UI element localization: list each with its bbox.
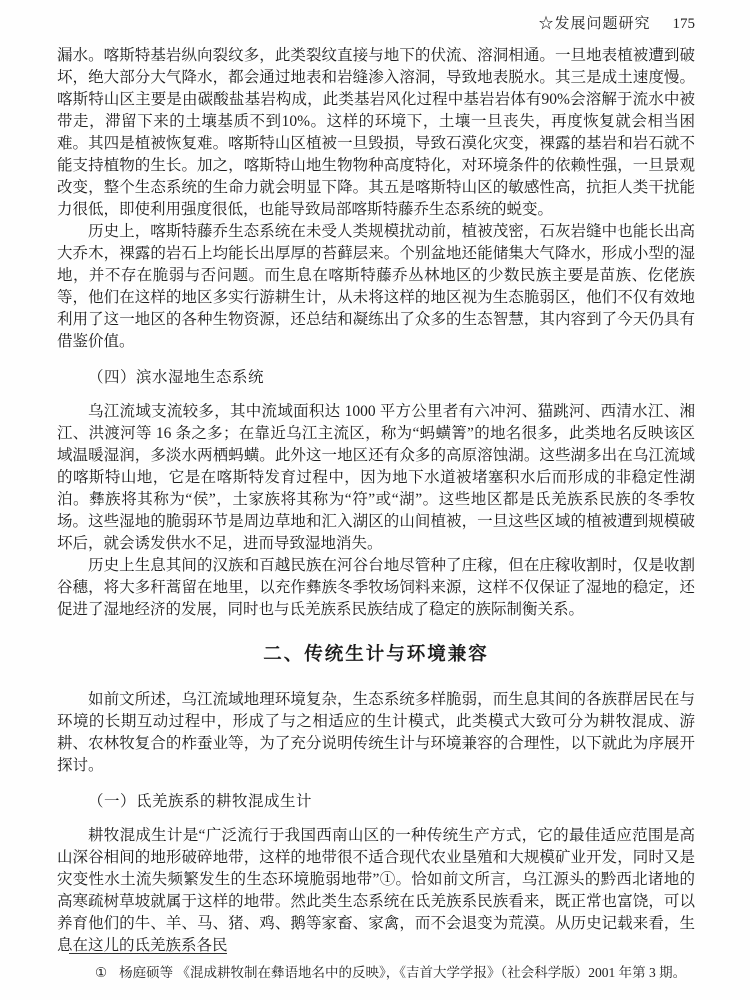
- paragraph-livelihood-intro: 如前文所述，乌江流域地理环境复杂，生态系统多样脆弱，而生息其间的各族群居民在与环…: [57, 689, 695, 777]
- paragraph-karst-fragility: 漏水。喀斯特基岩纵向裂纹多，此类裂纹直接与地下的伏流、溶洞相通。一旦地表植被遭到…: [57, 45, 695, 221]
- paragraph-history-tengqiao: 历史上，喀斯特藤乔生态系统在未受人类规模扰动前，植被茂密，石灰岩缝中也能长出高大…: [57, 221, 695, 353]
- footnote-text: 杨庭硕等 《混成耕牧制在彝语地名中的反映》，《吉首大学学报》（社会科学版）200…: [119, 965, 686, 980]
- page-body: 漏水。喀斯特基岩纵向裂纹多，此类裂纹直接与地下的伏流、溶洞相通。一旦地表植被遭到…: [57, 45, 695, 957]
- paragraph-gengmu-hunchen: 耕牧混成生计是“广泛流行于我国西南山区的一种传统生产方式，它的最佳适应范围是高山…: [57, 825, 695, 957]
- paragraph-wujiang-tributaries: 乌江流域支流较多，其中流域面积达 1000 平方公里者有六冲河、猫跳河、西清水江…: [57, 401, 695, 555]
- running-title: ☆发展问题研究: [538, 12, 650, 33]
- footnote: ①杨庭硕等 《混成耕牧制在彝语地名中的反映》，《吉首大学学报》（社会科学版）20…: [57, 963, 695, 982]
- paragraph-han-baiyue: 历史上生息其间的汉族和百越民族在河谷台地尽管种了庄稼，但在庄稼收割时，仅是收割谷…: [57, 555, 695, 621]
- footnote-divider: [69, 953, 227, 954]
- page-header: ☆发展问题研究 175: [57, 12, 695, 33]
- subheading-diqiang-livelihood: （一）氐羌族系的耕牧混成生计: [57, 791, 695, 813]
- footnote-area: ①杨庭硕等 《混成耕牧制在彝语地名中的反映》，《吉首大学学报》（社会科学版）20…: [57, 953, 695, 982]
- subheading-wetland-ecosystem: （四）滨水湿地生态系统: [57, 367, 695, 389]
- document-page: ☆发展问题研究 175 漏水。喀斯特基岩纵向裂纹多，此类裂纹直接与地下的伏流、溶…: [0, 0, 750, 1000]
- section-heading-traditional-livelihood: 二、传统生计与环境兼容: [57, 643, 695, 665]
- footnote-marker: ①: [95, 965, 107, 980]
- page-number: 175: [673, 16, 696, 33]
